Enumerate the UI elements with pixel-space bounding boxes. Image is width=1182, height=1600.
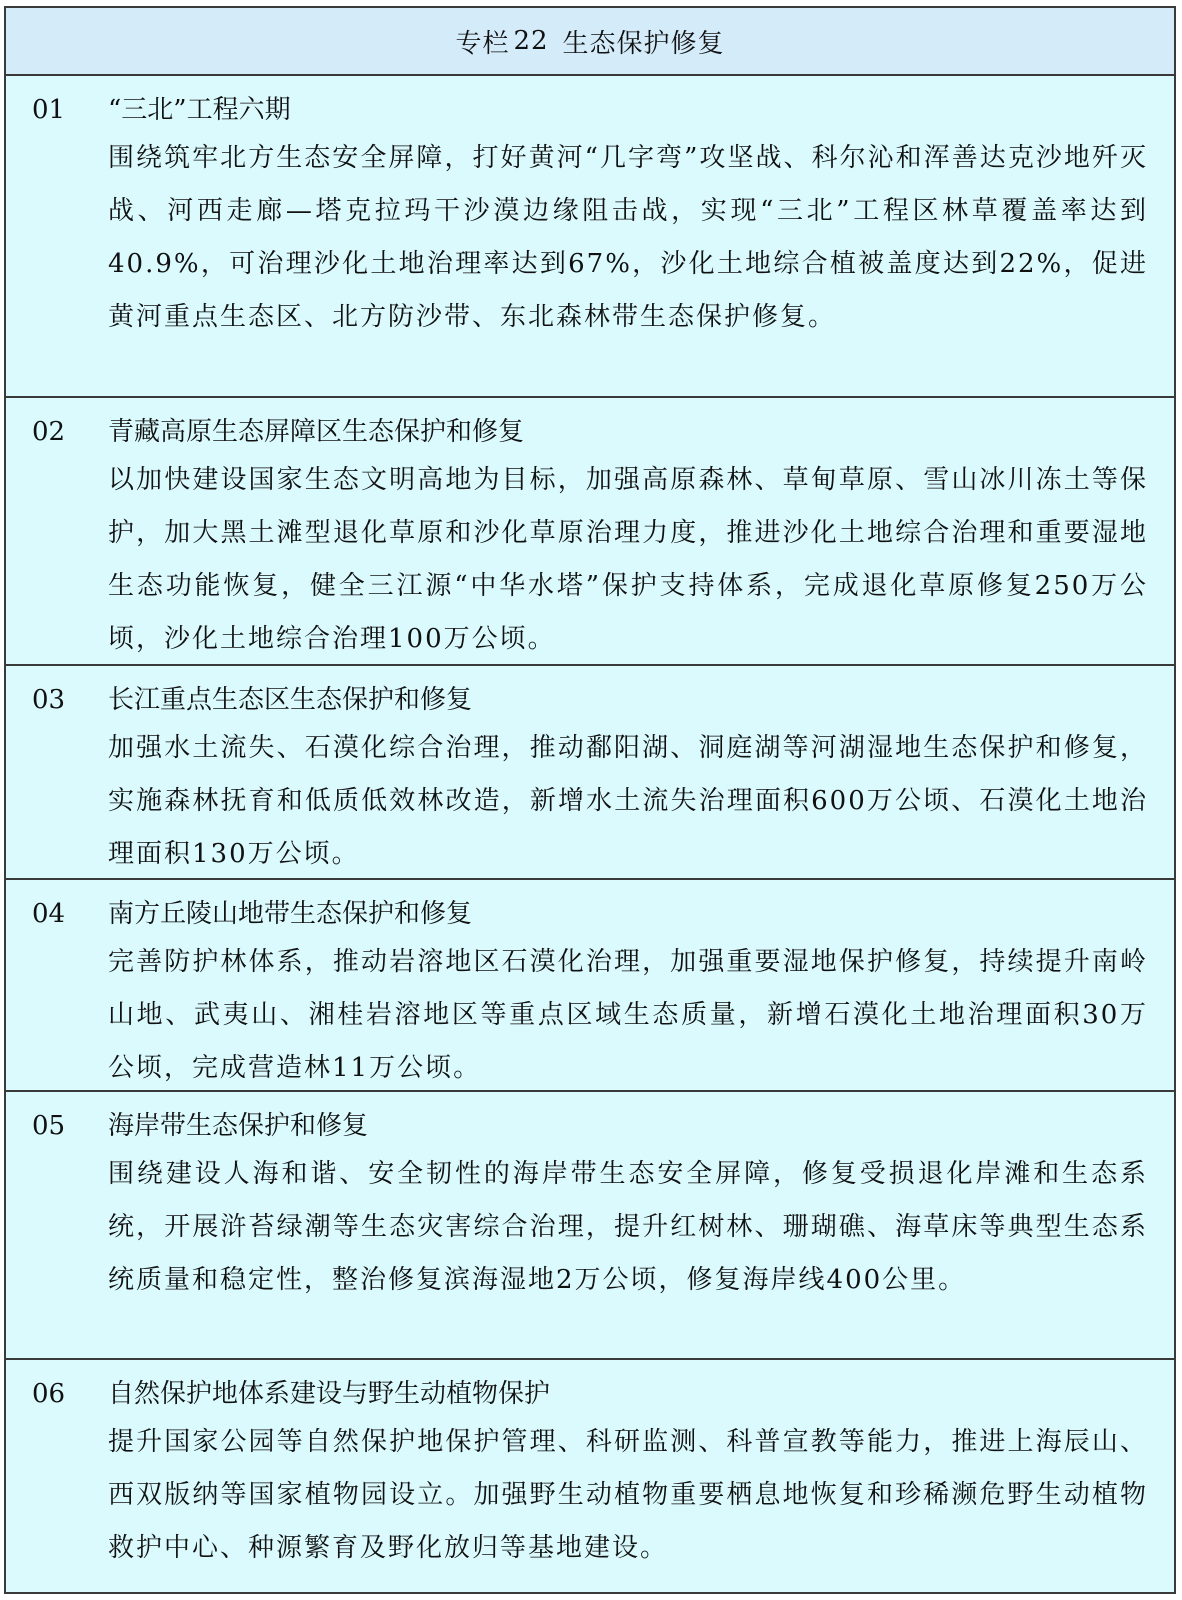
- column-prefix: 专栏: [455, 23, 509, 60]
- column-box: 专栏 22 生态保护修复 01“三北”工程六期 围绕筑牢北方生态安全屏障，打好黄…: [4, 6, 1176, 1594]
- section-title: 南方丘陵山地带生态保护和修复: [108, 894, 472, 934]
- section-title: 青藏高原生态屏障区生态保护和修复: [108, 412, 524, 452]
- section-body: 围绕筑牢北方生态安全屏障，打好黄河“几字弯”攻坚战、科尔沁和浑善达克沙地歼灭战、…: [32, 132, 1148, 344]
- section-index: 03: [32, 680, 108, 720]
- section-index: 05: [32, 1106, 108, 1146]
- section-index: 04: [32, 894, 108, 934]
- section-index: 01: [32, 90, 108, 130]
- section-index: 02: [32, 412, 108, 452]
- section-04: 04南方丘陵山地带生态保护和修复 完善防护林体系，推动岩溶地区石漠化治理，加强重…: [6, 880, 1174, 1092]
- section-body: 完善防护林体系，推动岩溶地区石漠化治理，加强重要湿地保护修复，持续提升南岭山地、…: [32, 936, 1148, 1095]
- column-header: 专栏 22 生态保护修复: [6, 8, 1174, 76]
- section-title: “三北”工程六期: [108, 90, 291, 130]
- section-body: 围绕建设人海和谐、安全韧性的海岸带生态安全屏障，修复受损退化岸滩和生态系统，开展…: [32, 1148, 1148, 1307]
- section-body: 提升国家公园等自然保护地保护管理、科研监测、科普宣教等能力，推进上海辰山、西双版…: [32, 1416, 1148, 1575]
- section-index: 06: [32, 1374, 108, 1414]
- section-02: 02青藏高原生态屏障区生态保护和修复 以加快建设国家生态文明高地为目标，加强高原…: [6, 398, 1174, 666]
- column-number: 22: [513, 26, 548, 56]
- column-title: 生态保护修复: [563, 23, 725, 60]
- section-body: 以加快建设国家生态文明高地为目标，加强高原森林、草甸草原、雪山冰川冻土等保护，加…: [32, 454, 1148, 666]
- section-body: 加强水土流失、石漠化综合治理，推动鄱阳湖、洞庭湖等河湖湿地生态保护和修复，实施森…: [32, 722, 1148, 881]
- section-title: 海岸带生态保护和修复: [108, 1106, 368, 1146]
- section-03: 03长江重点生态区生态保护和修复 加强水土流失、石漠化综合治理，推动鄱阳湖、洞庭…: [6, 666, 1174, 880]
- section-title: 自然保护地体系建设与野生动植物保护: [108, 1374, 550, 1414]
- section-01: 01“三北”工程六期 围绕筑牢北方生态安全屏障，打好黄河“几字弯”攻坚战、科尔沁…: [6, 76, 1174, 398]
- section-title: 长江重点生态区生态保护和修复: [108, 680, 472, 720]
- section-06: 06自然保护地体系建设与野生动植物保护 提升国家公园等自然保护地保护管理、科研监…: [6, 1360, 1174, 1583]
- section-05: 05海岸带生态保护和修复 围绕建设人海和谐、安全韧性的海岸带生态安全屏障，修复受…: [6, 1092, 1174, 1360]
